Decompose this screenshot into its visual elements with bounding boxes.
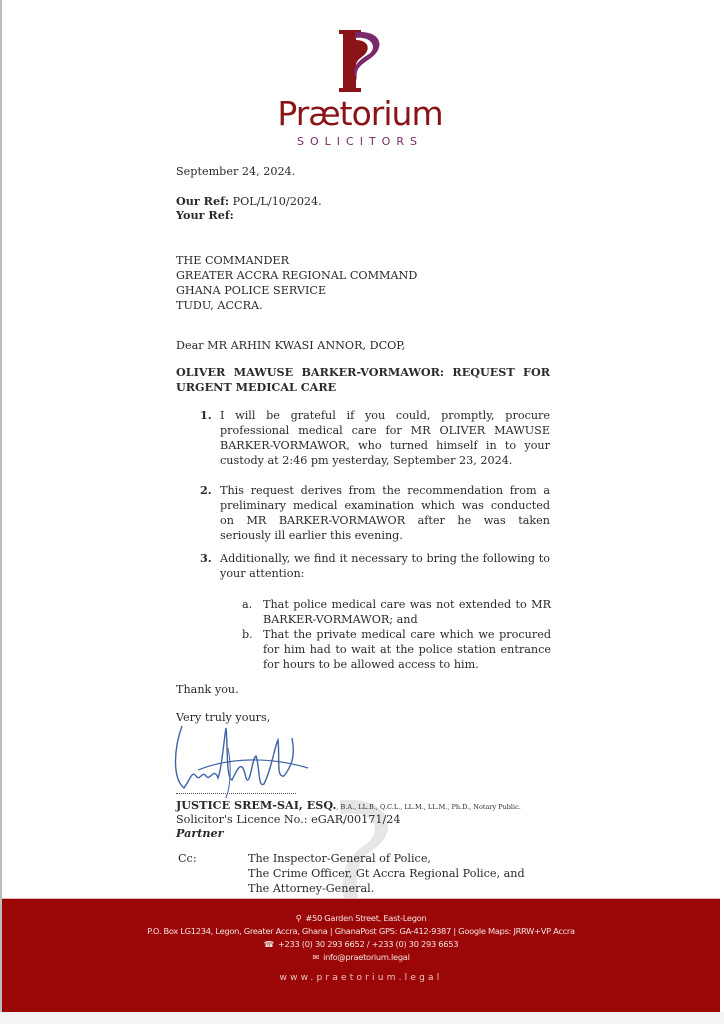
footer-address: ⚲#50 Garden Street, East-Legon xyxy=(2,912,720,925)
addressee-line: THE COMMANDER xyxy=(176,253,289,268)
licence-number: Solicitor's Licence No.: eGAR/00171/24 xyxy=(176,812,401,827)
letter-date: September 24, 2024. xyxy=(176,164,295,179)
letterhead-logo: Prætorium SOLICITORS xyxy=(270,28,450,143)
our-ref-value: POL/L/10/2024. xyxy=(233,195,322,208)
signature-icon xyxy=(168,718,318,798)
signatory-title: Partner xyxy=(176,826,224,841)
addressee-line: GHANA POLICE SERVICE xyxy=(176,283,326,298)
paragraph-number: 2. xyxy=(200,483,212,498)
cc-list: The Inspector-General of Police, The Cri… xyxy=(248,851,525,896)
our-ref-label: Our Ref: xyxy=(176,194,229,208)
location-pin-icon: ⚲ xyxy=(296,912,302,925)
footer-postal: P.O. Box LG1234, Legon, Greater Accra, G… xyxy=(2,925,720,938)
our-ref: Our Ref: POL/L/10/2024. xyxy=(176,194,322,209)
paragraph-1: I will be grateful if you could, promptl… xyxy=(220,408,550,468)
brand-wordmark: Prætorium xyxy=(270,94,450,134)
p-logo-icon xyxy=(335,28,385,96)
subpoint-label: b. xyxy=(242,627,253,642)
cc-recipient: The Inspector-General of Police, xyxy=(248,851,525,866)
paragraph-2: This request derives from the recommenda… xyxy=(220,483,550,543)
letter-page: Prætorium SOLICITORS September 24, 2024.… xyxy=(0,0,724,1024)
footer-website[interactable]: www.praetorium.legal xyxy=(2,972,720,985)
subpoint-b: That the private medical care which we p… xyxy=(263,627,551,672)
subpoint-a: That police medical care was not extende… xyxy=(263,597,551,627)
letterhead-footer: ⚲#50 Garden Street, East-Legon P.O. Box … xyxy=(2,898,720,1013)
thanks-line: Thank you. xyxy=(176,682,239,697)
brand-tagline: SOLICITORS xyxy=(270,135,450,148)
paragraph-number: 1. xyxy=(200,408,212,423)
email-link[interactable]: info@praetorium.legal xyxy=(323,952,410,962)
paragraph-3: Additionally, we find it necessary to br… xyxy=(220,551,550,581)
page-bottom-edge xyxy=(0,1012,724,1024)
address-text: #50 Garden Street, East-Legon xyxy=(305,913,426,923)
page-edge xyxy=(0,0,2,1024)
subject-line: OLIVER MAWUSE BARKER-VORMAWOR: REQUEST F… xyxy=(176,365,550,395)
salutation: Dear MR ARHIN KWASI ANNOR, DCOP, xyxy=(176,338,405,353)
signatory-credentials: , B.A., LL.B., Q.C.L., LL.M., LL.M., Ph.… xyxy=(336,803,520,811)
addressee-line: GREATER ACCRA REGIONAL COMMAND xyxy=(176,268,417,283)
paragraph-number: 3. xyxy=(200,551,212,566)
signatory-name: JUSTICE SREM-SAI, ESQ. xyxy=(176,798,336,812)
addressee-line: TUDU, ACCRA. xyxy=(176,298,263,313)
cc-recipient: The Attorney-General. xyxy=(248,881,525,896)
your-ref-label: Your Ref: xyxy=(176,208,234,223)
telephone-icon: ☎ xyxy=(264,938,274,951)
signature-line xyxy=(176,793,296,794)
phones-text: +233 (0) 30 293 6652 / +233 (0) 30 293 6… xyxy=(278,939,458,949)
footer-email[interactable]: ✉info@praetorium.legal xyxy=(2,951,720,964)
cc-recipient: The Crime Officer, Gt Accra Regional Pol… xyxy=(248,866,525,881)
subpoint-label: a. xyxy=(242,597,252,612)
cc-label: Cc: xyxy=(178,851,197,866)
footer-phones: ☎+233 (0) 30 293 6652 / +233 (0) 30 293 … xyxy=(2,938,720,951)
envelope-icon: ✉ xyxy=(312,951,319,964)
